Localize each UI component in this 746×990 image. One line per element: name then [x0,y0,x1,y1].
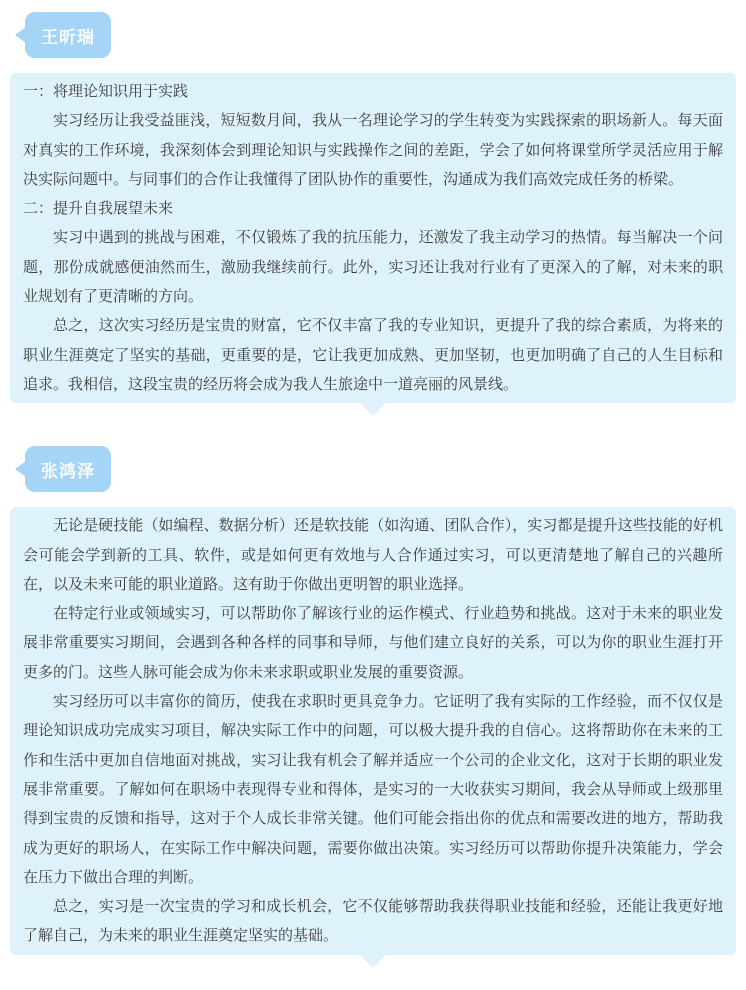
author-bubble: 王昕瑞 [25,12,111,58]
author-name: 王昕瑞 [41,23,95,48]
document-page: 王昕瑞一：将理论知识用于实践实习经历让我受益匪浅，短短数月间，我从一名理论学习的… [0,0,746,990]
paragraph: 无论是硬技能（如编程、数据分析）还是软技能（如沟通、团队合作），实习都是提升这些… [23,511,723,599]
author-name: 张鸿泽 [41,457,95,482]
author-bubble: 张鸿泽 [25,446,111,492]
paragraph: 总之，这次实习经历是宝贵的财富，它不仅丰富了我的专业知识，更提升了我的综合素质，… [23,311,723,399]
content-block: 一：将理论知识用于实践实习经历让我受益匪浅，短短数月间，我从一名理论学习的学生转… [10,73,736,403]
paragraph: 在特定行业或领域实习，可以帮助你了解该行业的运作模式、行业趋势和挑战。这对于未来… [23,599,723,687]
block-tail-down-icon [359,954,387,968]
content-block: 无论是硬技能（如编程、数据分析）还是软技能（如沟通、团队合作），实习都是提升这些… [10,507,736,954]
paragraph: 一：将理论知识用于实践 [23,77,723,106]
bubble-tail-left-icon [15,461,26,477]
paragraph: 二：提升自我展望未来 [23,194,723,223]
bubble-tail-left-icon [15,27,26,43]
block-tail-down-icon [359,402,387,416]
paragraph: 实习经历可以丰富你的简历，使我在求职时更具竞争力。它证明了我有实际的工作经验，而… [23,687,723,892]
paragraph: 总之，实习是一次宝贵的学习和成长机会，它不仅能够帮助我获得职业技能和经验，还能让… [23,892,723,951]
paragraph: 实习经历让我受益匪浅，短短数月间，我从一名理论学习的学生转变为实践探索的职场新人… [23,106,723,194]
paragraph: 实习中遇到的挑战与困难，不仅锻炼了我的抗压能力，还激发了我主动学习的热情。每当解… [23,223,723,311]
